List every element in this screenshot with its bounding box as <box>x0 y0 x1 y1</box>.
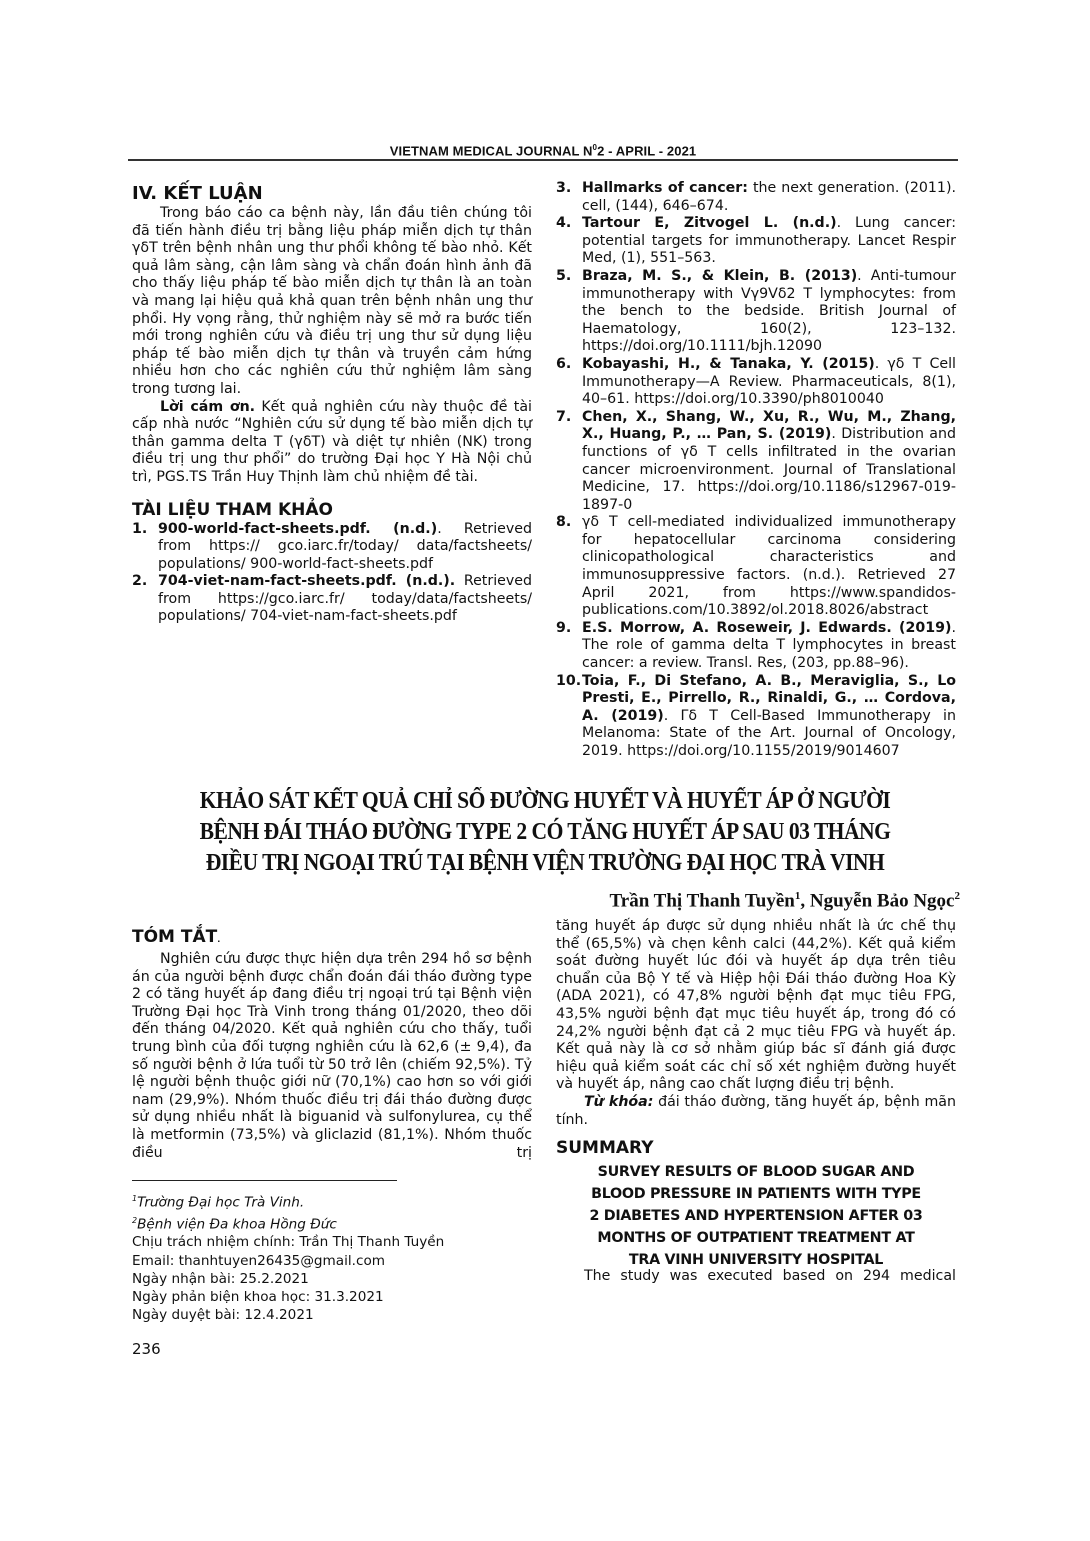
affiliation-text: Trường Đại học Trà Vinh. <box>137 1195 304 1211</box>
article-title-line: KHẢO SÁT KẾT QUẢ CHỈ SỐ ĐƯỜNG HUYẾT VÀ H… <box>172 786 919 817</box>
author-name: Trần Thị Thanh Tuyền <box>610 890 795 911</box>
reference-title: Kobayashi, H., & Tanaka, Y. (2015) <box>582 356 875 372</box>
reference-number: 10. <box>556 673 581 691</box>
reference-title: Hallmarks of cancer: <box>582 180 748 196</box>
contact-email: Email: thanhtuyen26435@gmail.com <box>132 1252 532 1270</box>
left-column-top: IV. KẾT LUẬN Trong báo cáo ca bệnh này, … <box>132 183 532 626</box>
reference-item: 9.E.S. Morrow, A. Roseweir, J. Edwards. … <box>556 620 956 673</box>
journal-name: VIETNAM MEDICAL JOURNAL N <box>390 143 593 158</box>
affiliation-1: 1Trường Đại học Trà Vinh. <box>132 1190 532 1212</box>
affiliation-2: 2Bệnh viện Đa khoa Hồng Đức <box>132 1212 532 1234</box>
abstract-heading-dot: . <box>217 935 220 944</box>
reference-item: 10.Toia, F., Di Stefano, A. B., Meravigl… <box>556 673 956 761</box>
reference-item: 5.Braza, M. S., & Klein, B. (2013). Anti… <box>556 268 956 356</box>
affiliation-text: Bệnh viện Đa khoa Hồng Đức <box>137 1216 337 1232</box>
reference-item: 7.Chen, X., Shang, W., Xu, R., Wu, M., Z… <box>556 409 956 515</box>
keywords-line: Từ khóa: đái tháo đường, tăng huyết áp, … <box>556 1094 956 1129</box>
acknowledgement-paragraph: Lời cám ơn. Kết quả nghiên cứu này thuộc… <box>132 399 532 487</box>
acknowledgement-label: Lời cám ơn. <box>160 399 255 415</box>
accepted-date: Ngày duyệt bài: 12.4.2021 <box>132 1306 532 1324</box>
abstract-paragraph-right: tăng huyết áp được sử dụng nhiều nhất là… <box>556 918 956 1094</box>
reference-number: 7. <box>556 409 571 427</box>
english-title-line: BLOOD PRESSURE IN PATIENTS WITH TYPE <box>556 1183 956 1205</box>
author-name: Nguyễn Bảo Ngọc <box>810 890 955 911</box>
reference-number: 8. <box>556 514 571 532</box>
footnotes: 1Trường Đại học Trà Vinh. 2Bệnh viện Đa … <box>132 1190 532 1324</box>
reference-number: 3. <box>556 180 571 198</box>
reference-item: 1.900-world-fact-sheets.pdf. (n.d.). Ret… <box>132 521 532 574</box>
reference-title: Tartour E, Zitvogel L. (n.d.) <box>582 215 837 231</box>
references-heading: TÀI LIỆU THAM KHẢO <box>132 499 532 521</box>
author-list: Trần Thị Thanh Tuyền1, Nguyễn Bảo Ngọc2 <box>610 885 961 912</box>
reference-item: 8.γδ T cell-mediated individualized immu… <box>556 514 956 620</box>
author-affiliation-mark: 2 <box>955 890 961 902</box>
reference-list-right: 3.Hallmarks of cancer: the next generati… <box>556 180 956 761</box>
reference-item: 6.Kobayashi, H., & Tanaka, Y. (2015). γδ… <box>556 356 956 409</box>
summary-paragraph: The study was executed based on 294 medi… <box>556 1268 956 1286</box>
abstract-heading-text: TÓM TẮT <box>132 927 217 947</box>
running-header: VIETNAM MEDICAL JOURNAL N02 - APRIL - 20… <box>128 143 958 158</box>
article-title-line: BỆNH ĐÁI THÁO ĐƯỜNG TYPE 2 CÓ TĂNG HUYẾT… <box>172 817 919 848</box>
issue-date: 2 - APRIL - 2021 <box>597 143 696 158</box>
reference-title: Braza, M. S., & Klein, B. (2013) <box>582 268 857 284</box>
reference-number: 9. <box>556 620 571 638</box>
abstract-right-column: tăng huyết áp được sử dụng nhiều nhất là… <box>556 918 956 1286</box>
reference-number: 1. <box>132 521 147 539</box>
english-title-line: 2 DIABETES AND HYPERTENSION AFTER 03 <box>556 1205 956 1227</box>
reference-title: E.S. Morrow, A. Roseweir, J. Edwards. (2… <box>582 620 951 636</box>
keywords-label: Từ khóa: <box>584 1094 653 1110</box>
reference-number: 5. <box>556 268 571 286</box>
reference-item: 4.Tartour E, Zitvogel L. (n.d.). Lung ca… <box>556 215 956 268</box>
reference-number: 2. <box>132 573 147 591</box>
page-number: 236 <box>132 1340 161 1358</box>
header-rule <box>128 159 958 161</box>
footnote-rule <box>132 1180 397 1181</box>
reference-number: 4. <box>556 215 571 233</box>
reference-number: 6. <box>556 356 571 374</box>
right-column-top: 3.Hallmarks of cancer: the next generati… <box>556 180 956 761</box>
review-date: Ngày phản biện khoa học: 31.3.2021 <box>132 1288 532 1306</box>
reference-item: 3.Hallmarks of cancer: the next generati… <box>556 180 956 215</box>
reference-list-left: 1.900-world-fact-sheets.pdf. (n.d.). Ret… <box>132 521 532 627</box>
reference-title: 900-world-fact-sheets.pdf. (n.d.) <box>158 521 437 537</box>
english-title-line: MONTHS OF OUTPATIENT TREATMENT AT <box>556 1227 956 1249</box>
conclusion-heading: IV. KẾT LUẬN <box>132 183 532 205</box>
received-date: Ngày nhận bài: 25.2.2021 <box>132 1270 532 1288</box>
article-title: KHẢO SÁT KẾT QUẢ CHỈ SỐ ĐƯỜNG HUYẾT VÀ H… <box>172 786 919 879</box>
journal-page: VIETNAM MEDICAL JOURNAL N02 - APRIL - 20… <box>0 0 1090 1541</box>
abstract-heading: TÓM TẮT. <box>132 926 532 951</box>
abstract-paragraph-left: Nghiên cứu được thực hiện dựa trên 294 h… <box>132 951 532 1162</box>
summary-heading: SUMMARY <box>556 1137 956 1159</box>
english-title-line: SURVEY RESULTS OF BLOOD SUGAR AND <box>556 1161 956 1183</box>
conclusion-paragraph: Trong báo cáo ca bệnh này, lần đầu tiên … <box>132 205 532 399</box>
article-title-line: ĐIỀU TRỊ NGOẠI TRÚ TẠI BỆNH VIỆN TRƯỜNG … <box>172 848 919 879</box>
author-separator: , <box>800 890 810 911</box>
reference-title: 704-viet-nam-fact-sheets.pdf. (n.d.). <box>158 573 455 589</box>
reference-item: 2.704-viet-nam-fact-sheets.pdf. (n.d.). … <box>132 573 532 626</box>
english-title: SURVEY RESULTS OF BLOOD SUGAR AND BLOOD … <box>556 1161 956 1271</box>
reference-details: γδ T cell-mediated individualized immuno… <box>582 514 956 618</box>
abstract-left-column: TÓM TẮT. Nghiên cứu được thực hiện dựa t… <box>132 926 532 1162</box>
responsible-author: Chịu trách nhiệm chính: Trần Thị Thanh T… <box>132 1233 532 1251</box>
